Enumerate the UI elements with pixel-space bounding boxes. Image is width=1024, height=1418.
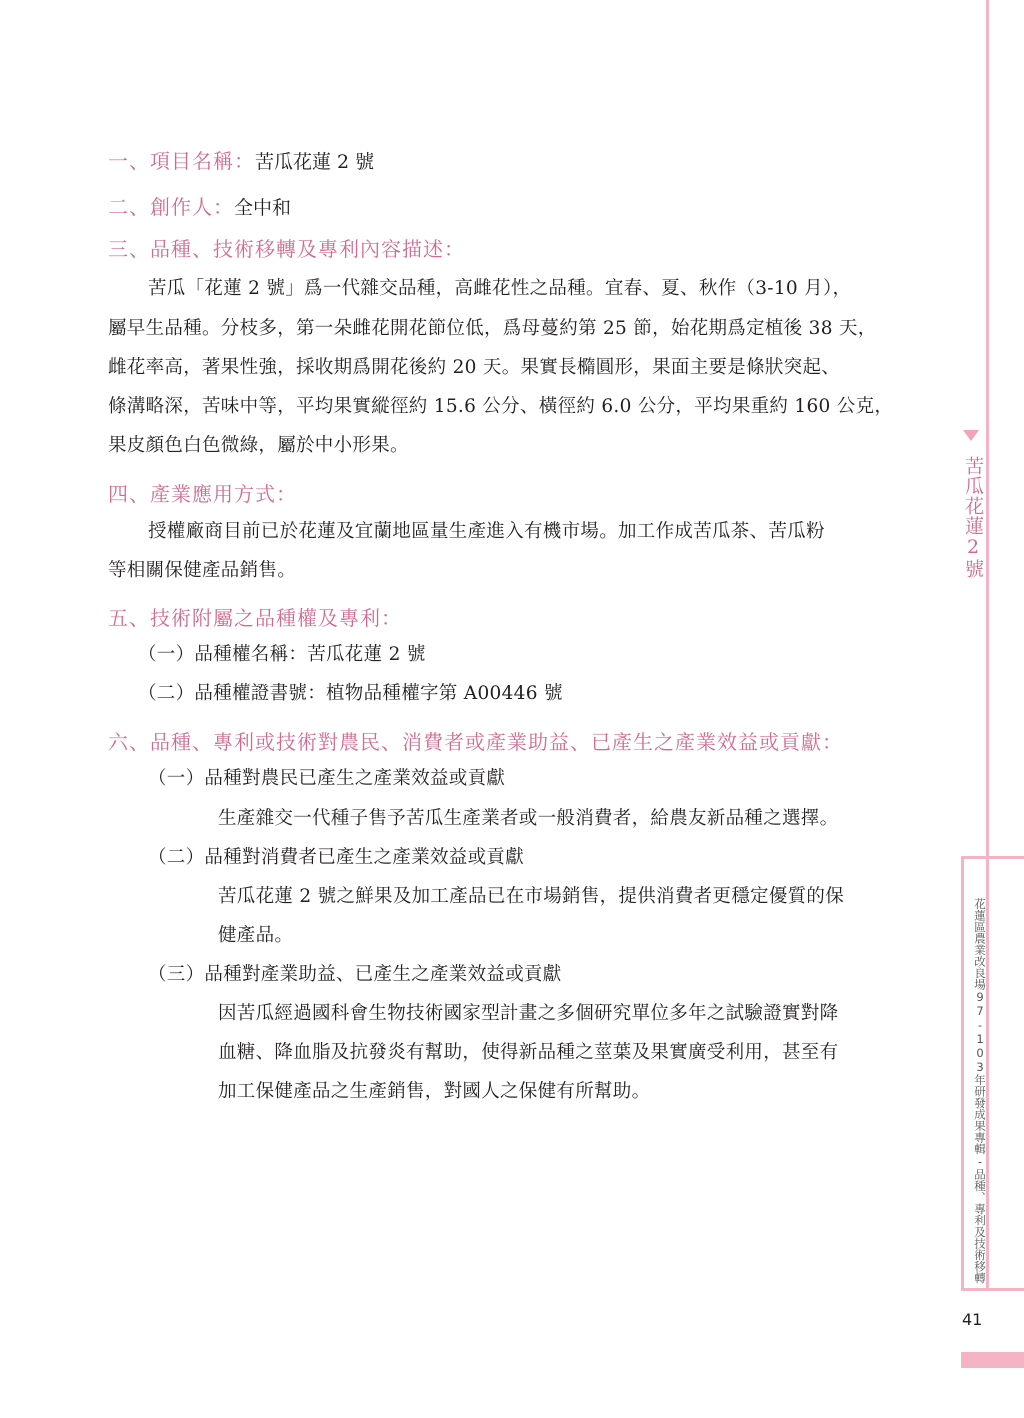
section-heading-rights: 五、技術附屬之品種權及專利： (108, 604, 402, 632)
paragraph-line: 雌花率高，著果性強，採收期爲開花後約 20 天。果實長橢圓形，果面主要是條狀突起… (108, 354, 840, 382)
section-heading-benefits: 六、品種、專利或技術對農民、消費者或產業助益、已產生之產業效益或貢獻： (108, 728, 843, 756)
rights-item: （一）品種權名稱：苦瓜花蓮 2 號 (138, 641, 426, 669)
benefit-line: 血糖、降血脂及抗發炎有幫助，使得新品種之莖葉及果實廣受利用，甚至有 (218, 1039, 838, 1067)
paragraph-line: 果皮顏色白色微綠，屬於中小形果。 (108, 432, 409, 460)
benefit-line: 因苦瓜經過國科會生物技術國家型計畫之多個研究單位多年之試驗證實對降 (218, 1000, 838, 1028)
page-number: 41 (962, 1310, 982, 1329)
paragraph-line: 等相關保健產品銷售。 (108, 557, 296, 585)
section-heading-description: 三、品種、技術移轉及專利內容描述： (108, 235, 465, 263)
chapter-title-vertical: 苦瓜花蓮2號 (960, 456, 984, 579)
benefit-line: 生產雜交一代種子售予苦瓜生產業者或一般消費者，給農友新品種之選擇。 (218, 805, 838, 833)
benefit-title: （一）品種對農民已產生之產業效益或貢獻 (148, 765, 505, 793)
benefit-line: 加工保健產品之生產銷售，對國人之保健有所幫助。 (218, 1078, 650, 1106)
paragraph-line: 苦瓜「花蓮 2 號」爲一代雜交品種，高雌花性之品種。宜春、夏、秋作（3-10 月… (148, 275, 851, 303)
creator-value: 全中和 (234, 197, 291, 219)
heading-label: 二、創作人： (108, 195, 234, 219)
section-heading-creator: 二、創作人：全中和 (108, 193, 291, 222)
paragraph-line: 授權廠商目前已於花蓮及宜蘭地區量生產進入有機市場。加工作成苦瓜茶、苦瓜粉 (148, 518, 825, 546)
section-heading-application: 四、產業應用方式： (108, 480, 297, 508)
heading-label: 一、項目名稱： (108, 149, 255, 173)
benefit-title: （二）品種對消費者已產生之產業效益或貢獻 (148, 844, 524, 872)
section-heading-item-name: 一、項目名稱：苦瓜花蓮 2 號 (108, 147, 374, 176)
paragraph-line: 條溝略深，苦味中等，平均果實縱徑約 15.6 公分、橫徑約 6.0 公分，平均果… (108, 393, 893, 421)
benefit-line: 苦瓜花蓮 2 號之鮮果及加工產品已在市場銷售，提供消費者更穩定優質的保 (218, 883, 844, 911)
triangle-marker-icon (963, 430, 979, 441)
page-tab-bar (961, 1352, 1024, 1368)
benefit-title: （三）品種對產業助益、已產生之產業效益或貢獻 (148, 961, 562, 989)
book-title-vertical: 花蓮區農業改良場97-103年研發成果專輯-品種、專利及技術移轉 (964, 898, 986, 1284)
benefit-line: 健產品。 (218, 922, 293, 950)
item-name-value: 苦瓜花蓮 2 號 (255, 151, 374, 173)
margin-rule (986, 0, 989, 858)
rights-item: （二）品種權證書號：植物品種權字第 A00446 號 (138, 680, 563, 708)
paragraph-line: 屬早生品種。分枝多，第一朵雌花開花節位低，爲母蔓約第 25 節，始花期爲定植後 … (108, 315, 877, 343)
